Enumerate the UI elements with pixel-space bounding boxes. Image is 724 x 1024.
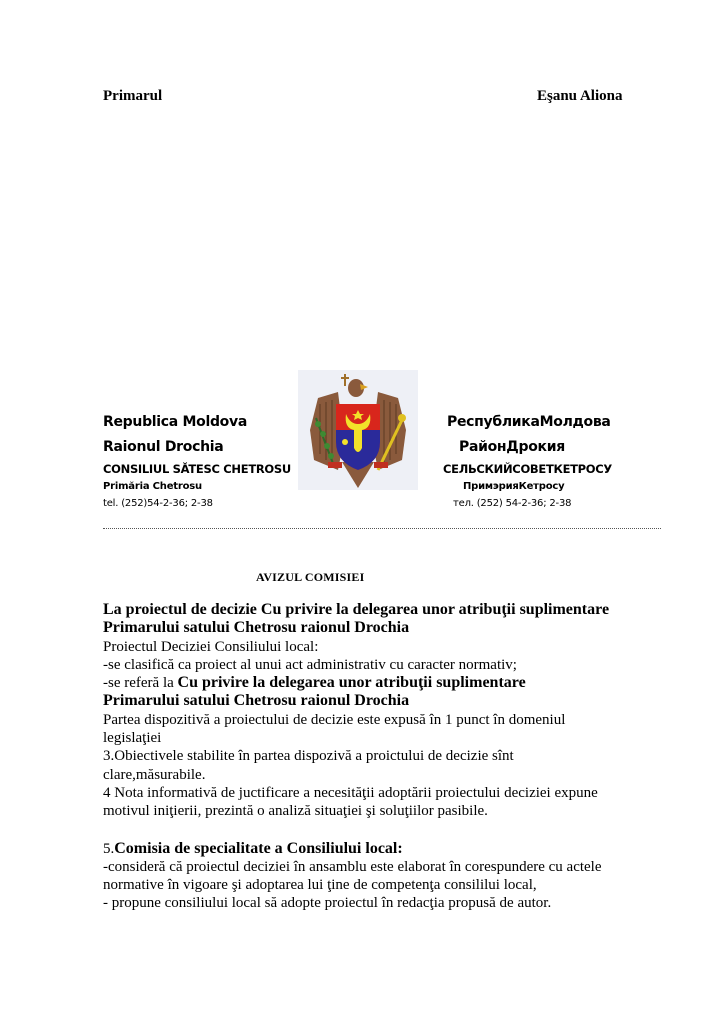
letterhead-phone-ro: tel. (252)54-2-36; 2-38 — [103, 498, 213, 509]
paragraph-8-line-2: normative în vigoare şi adoptarea lui ţi… — [103, 876, 703, 894]
paragraph-7: 5.Comisia de specialitate a Consiliului … — [103, 840, 703, 858]
letterhead-council-ru: СЕЛЬСКИЙСОВЕТКЕТРОСУ — [443, 462, 612, 476]
document-body: La proiectul de decizie Cu privire la de… — [103, 601, 703, 913]
letterhead-phone-ru: тел. (252) 54-2-36; 2-38 — [453, 498, 571, 509]
paragraph-1: Proiectul Deciziei Consiliului local: — [103, 638, 703, 656]
moldova-coat-of-arms-icon — [298, 370, 418, 490]
paragraph-4-line-1: Partea dispozitivă a proiectului de deci… — [103, 711, 703, 729]
paragraph-3-prefix: -se referă la — [103, 675, 178, 691]
paragraph-3-bold-line-2: Primarului satului Chetrosu raionul Droc… — [103, 692, 703, 710]
signature-role: Primarul — [103, 88, 162, 105]
letterhead-country-ro: Republica Moldova — [103, 414, 247, 430]
letterhead-council-ro: CONSILIUL SĂTESC CHETROSU — [103, 462, 291, 476]
separator-line — [103, 528, 661, 530]
paragraph-3: -se referă la Cu privire la delegarea un… — [103, 674, 703, 692]
subject-line-2: Primarului satului Chetrosu raionul Droc… — [103, 619, 703, 637]
paragraph-6-line-1: 4 Nota informativă de juctificare a nece… — [103, 784, 703, 802]
letterhead-district-ro: Raionul Drochia — [103, 439, 223, 455]
paragraph-3-bold: Cu privire la delegarea unor atribuţii s… — [178, 674, 526, 691]
paragraph-6-line-2: motivul iniţierii, prezintă o analiză si… — [103, 802, 703, 820]
paragraph-8-line-1: -consideră că proiectul deciziei în ansa… — [103, 858, 703, 876]
letterhead-mayoralty-ru: ПримэрияКетросу — [463, 481, 564, 492]
paragraph-7-prefix: 5. — [103, 841, 114, 857]
paragraph-2: -se clasifică ca proiect al unui act adm… — [103, 656, 703, 674]
letterhead-mayoralty-ro: Primăria Chetrosu — [103, 481, 202, 492]
signature-name: Eşanu Aliona — [537, 88, 622, 105]
paragraph-7-bold: Comisia de specialitate a Consiliului lo… — [114, 840, 402, 857]
paragraph-5-line-1: 3.Obiectivele stabilite în partea dispoz… — [103, 747, 703, 765]
subject-line-1: La proiectul de decizie Cu privire la de… — [103, 601, 703, 619]
paragraph-5-line-2: clare,măsurabile. — [103, 766, 703, 784]
paragraph-4-line-2: legislaţiei — [103, 729, 703, 747]
document-title: AVIZUL COMISIEI — [256, 570, 364, 585]
letterhead-district-ru: РайонДрокия — [459, 439, 565, 455]
paragraph-9: - propune consiliului local să adopte pr… — [103, 894, 703, 912]
letterhead-country-ru: РеспубликаМолдова — [447, 414, 611, 430]
